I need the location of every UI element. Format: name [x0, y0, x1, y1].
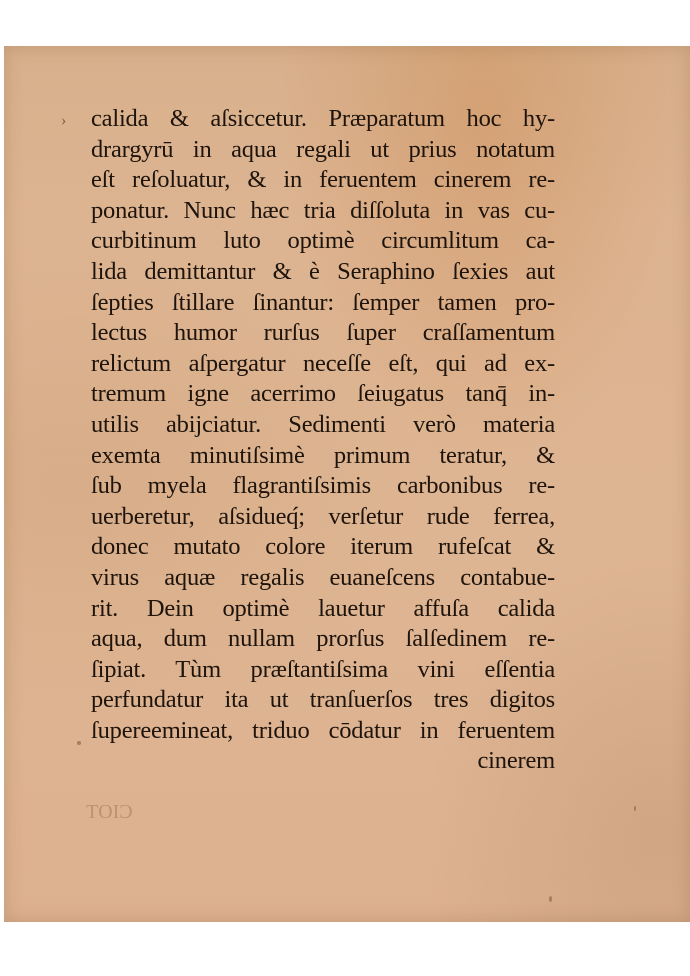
text-line-5: curbitinum luto optimè circumlitum ca-: [91, 226, 555, 257]
text-line-15: donec mutato colore iterum rufeſcat &: [91, 532, 555, 563]
show-through-mark: CIOT: [86, 801, 133, 824]
text-line-14: uerberetur, aſsidueq́; verſetur rude fer…: [91, 502, 555, 533]
ink-speck: [549, 896, 552, 902]
text-line-18: aqua, dum nullam prorſus ſalſedinem re-: [91, 624, 555, 655]
text-line-9: relictum aſpergatur neceſſe eſt, qui ad …: [91, 349, 555, 380]
catchword: cinerem: [91, 746, 555, 777]
ink-speck: [77, 741, 81, 745]
text-line-8: lectus humor rurſus ſuper craſſamentum: [91, 318, 555, 349]
text-line-2: drargyrū in aqua regali ut prius notatum: [91, 135, 555, 166]
text-line-13: ſub myela flagrantiſsimis carbonibus re-: [91, 471, 555, 502]
text-line-3: eſt reſoluatur, & in feruentem cinerem r…: [91, 165, 555, 196]
text-line-12: exemta minutiſsimè primum teratur, &: [91, 441, 555, 472]
text-line-11: utilis abijciatur. Sedimenti verò materi…: [91, 410, 555, 441]
body-text: calida & aſsiccetur. Præparatum hoc hy- …: [91, 104, 555, 777]
text-line-4: ponatur. Nunc hæc tria diſſoluta in vas …: [91, 196, 555, 227]
margin-mark: ›: [61, 112, 66, 130]
text-line-7: ſepties ſtillare ſinantur: ſemper tamen …: [91, 288, 555, 319]
manuscript-page: › calida & aſsiccetur. Præparatum hoc hy…: [4, 46, 690, 922]
text-line-1: calida & aſsiccetur. Præparatum hoc hy-: [91, 104, 555, 135]
ink-speck: [634, 806, 636, 811]
text-line-19: ſipiat. Tùm præſtantiſsima vini eſſentia: [91, 655, 555, 686]
text-line-10: tremum igne acerrimo ſeiugatus tanq̄ in-: [91, 379, 555, 410]
text-line-16: virus aquæ regalis euaneſcens contabue-: [91, 563, 555, 594]
text-line-6: lida demittantur & è Seraphino ſexies au…: [91, 257, 555, 288]
text-line-20: perfundatur ita ut tranſuerſos tres digi…: [91, 685, 555, 716]
text-line-21: ſupereemineat, triduo cōdatur in feruent…: [91, 716, 555, 747]
text-line-17: rit. Dein optimè lauetur affuſa calida: [91, 594, 555, 625]
